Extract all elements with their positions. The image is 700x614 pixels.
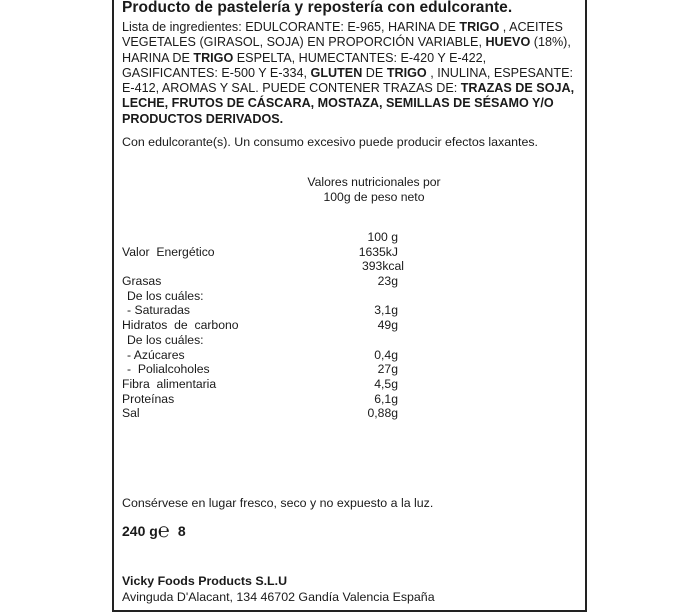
nutrition-row: - Polialcoholes27g <box>122 362 422 377</box>
nutrition-row: Fibra alimentaria4,5g <box>122 377 422 392</box>
allergen-text: TRIGO <box>193 51 233 65</box>
nutrient-label: Valor Energético <box>122 245 215 260</box>
nutrition-heading-line1: Valores nutricionales por <box>274 175 474 190</box>
laxative-warning: Con edulcorante(s). Un consumo excesivo … <box>122 135 538 149</box>
nutrient-label: Proteínas <box>122 392 174 407</box>
nutrient-label: Fibra alimentaria <box>122 377 216 392</box>
units-count: 8 <box>178 523 186 539</box>
nutrition-row: Sal0,88g <box>122 406 422 421</box>
nutrition-row: Grasas23g <box>122 274 422 289</box>
nutrient-value: 4,5g <box>374 377 398 392</box>
nutrient-label: - Azúcares <box>127 348 185 363</box>
nutrient-value: 6,1g <box>374 392 398 407</box>
nutrient-label: Sal <box>122 406 140 421</box>
nutrient-label: Grasas <box>122 274 161 289</box>
nutrient-value: 393kcal <box>362 259 404 274</box>
nutrient-value: 49g <box>378 318 398 333</box>
nutrient-value: 23g <box>378 274 398 289</box>
nutrition-row: 393kcal <box>122 259 422 274</box>
estimated-sign-icon: ℮ <box>158 520 170 542</box>
nutrition-row: - Azúcares0,4g <box>122 348 422 363</box>
nutrition-row: Hidratos de carbono49g <box>122 318 422 333</box>
allergen-text: GLUTEN <box>311 66 363 80</box>
nutrition-heading: Valores nutricionales por 100g de peso n… <box>274 175 474 205</box>
ingredient-text: Lista de ingredientes: EDULCORANTE: E-96… <box>122 20 459 34</box>
nutrition-row: - Saturadas3,1g <box>122 303 422 318</box>
nutrient-label: Hidratos de carbono <box>122 318 239 333</box>
nutrient-value: 0,88g <box>368 406 399 421</box>
nutrition-column-header: 100 g <box>368 230 399 245</box>
company-address: Avinguda D'Alacant, 134 46702 Gandía Val… <box>122 590 435 604</box>
allergen-text: TRIGO <box>387 66 427 80</box>
allergen-text: TRIGO <box>459 20 499 34</box>
nutrition-column-header-row: 100 g <box>122 230 422 245</box>
nutrition-table: 100 g Valor Energético1635kJ393kcalGrasa… <box>122 230 422 421</box>
nutrient-value: 27g <box>378 362 398 377</box>
nutrition-row: Valor Energético1635kJ <box>122 245 422 260</box>
net-weight: 240 g <box>122 523 158 539</box>
ingredients-list: Lista de ingredientes: EDULCORANTE: E-96… <box>122 20 582 127</box>
nutrient-label: - Saturadas <box>127 303 190 318</box>
storage-instructions: Consérvese en lugar fresco, seco y no ex… <box>122 496 433 510</box>
company-name: Vicky Foods Products S.L.U <box>122 574 287 588</box>
net-weight-line: 240 g℮8 <box>122 523 186 539</box>
ingredient-text: DE <box>362 66 387 80</box>
nutrient-label: - Polialcoholes <box>127 362 210 377</box>
nutrition-heading-line2: 100g de peso neto <box>274 190 474 205</box>
nutrition-row: De los cuáles: <box>122 289 422 304</box>
product-title: Producto de pastelería y repostería con … <box>122 0 512 17</box>
product-label: Producto de pastelería y repostería con … <box>112 0 587 612</box>
nutrient-value: 0,4g <box>374 348 398 363</box>
nutrient-label: De los cuáles: <box>127 289 204 304</box>
nutrient-label: De los cuáles: <box>127 333 204 348</box>
allergen-text: HUEVO <box>485 35 530 49</box>
nutrition-row: Proteínas6,1g <box>122 392 422 407</box>
nutrient-value: 3,1g <box>374 303 398 318</box>
nutrition-row: De los cuáles: <box>122 333 422 348</box>
nutrient-value: 1635kJ <box>359 245 398 260</box>
